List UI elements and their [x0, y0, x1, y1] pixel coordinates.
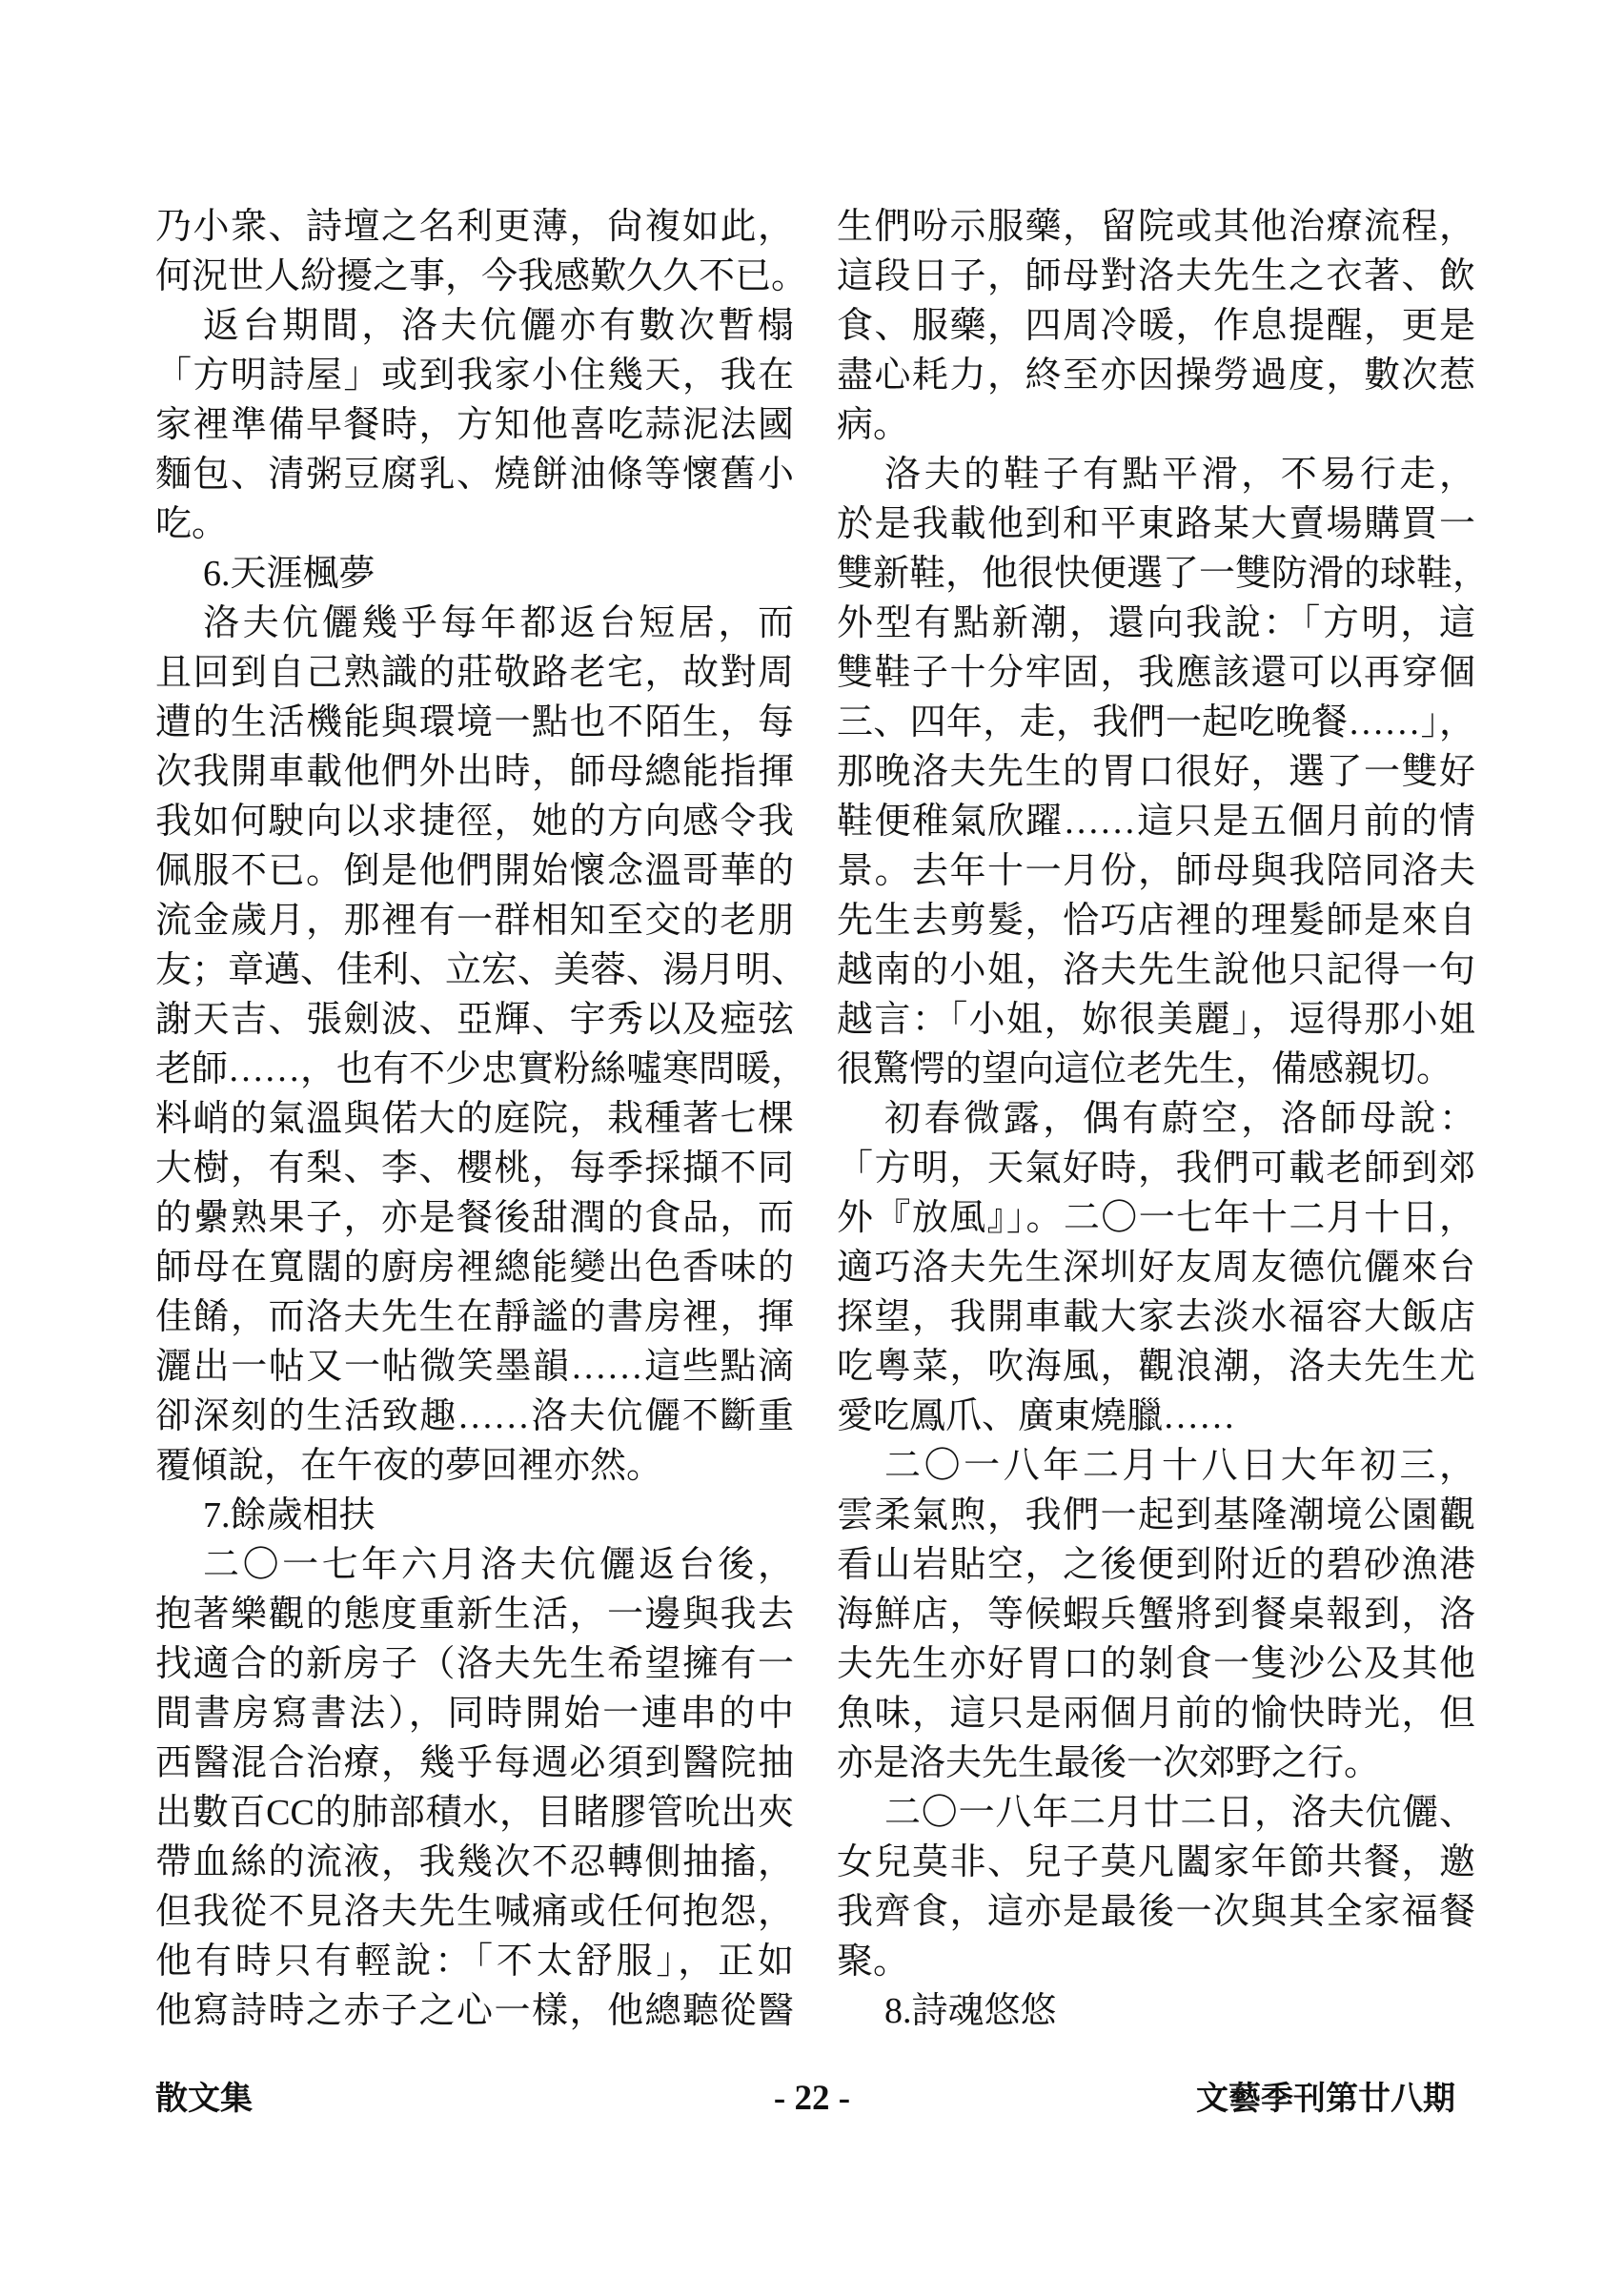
text-line: 覆傾說，在午夜的夢回裡亦然。: [155, 1441, 794, 1491]
text-line: 大樹，有梨、李、櫻桃，每季採擷不同: [155, 1144, 794, 1193]
text-line: 海鮮店，等候蝦兵蟹將到餐桌報到，洛: [837, 1590, 1475, 1639]
text-line: 雲柔氣煦，我們一起到基隆潮境公園觀: [837, 1491, 1475, 1540]
text-line: 他寫詩時之赤子之心一樣，他總聽從醫: [155, 1986, 794, 2036]
text-line: 但我從不見洛夫先生喊痛或任何抱怨，: [155, 1887, 794, 1937]
text-line: 雙鞋子十分牢固，我應該還可以再穿個: [837, 648, 1475, 698]
text-line: 很驚愕的望向這位老先生，備感親切。: [837, 1045, 1475, 1094]
text-line: 鞋便稚氣欣躍……這只是五個月前的情: [837, 797, 1475, 846]
text-line: 看山岩貼空，之後便到附近的碧砂漁港: [837, 1540, 1475, 1590]
text-line: 我如何駛向以求捷徑，她的方向感令我: [155, 797, 794, 846]
text-line: 這段日子，師母對洛夫先生之衣著、飲: [837, 252, 1475, 301]
page: 乃小衆、詩壇之名利更薄，尙複如此，何況世人紛擾之事，今我感歎久久不已。返台期間，…: [0, 0, 1624, 2277]
text-line: 麵包、清粥豆腐乳、燒餅油條等懷舊小: [155, 450, 794, 499]
text-line: 探望，我開車載大家去淡水福容大飯店: [837, 1292, 1475, 1342]
text-line: 外型有點新潮，還向我說：「方明，這: [837, 599, 1475, 648]
text-line: 愛吃鳳爪、廣東燒臘……: [837, 1392, 1475, 1441]
text-line: 間書房寫書法），同時開始一連串的中: [155, 1689, 794, 1738]
text-line: 料峭的氣溫與偌大的庭院，栽種著七棵: [155, 1094, 794, 1144]
text-line: 洛夫的鞋子有點平滑，不易行走，: [837, 450, 1475, 499]
text-line: 食、服藥，四周冷暖，作息提醒，更是: [837, 301, 1475, 351]
footer-journal-title: 文藝季刊第廿八期: [1196, 2076, 1455, 2122]
text-line: 返台期間，洛夫伉儷亦有數次暫榻: [155, 301, 794, 351]
text-line: 出數百CC的肺部積水，目睹膠管吮出夾: [155, 1788, 794, 1838]
text-line: 帶血絲的流液，我幾次不忍轉側抽搐，: [155, 1838, 794, 1887]
text-line: 且回到自己熟識的莊敬路老宅，故對周: [155, 648, 794, 698]
text-line: 二〇一八年二月十八日大年初三，: [837, 1441, 1475, 1491]
text-line: 卻深刻的生活致趣……洛夫伉儷不斷重: [155, 1392, 794, 1441]
text-line: 病。: [837, 400, 1475, 450]
text-line: 灑出一帖又一帖微笑墨韻……這些點滴: [155, 1342, 794, 1392]
text-line: 吃粵菜，吹海風，觀浪潮，洛夫先生尤: [837, 1342, 1475, 1392]
text-line: 聚。: [837, 1937, 1475, 1986]
text-line: 找適合的新房子（洛夫先生希望擁有一: [155, 1639, 794, 1689]
text-line: 於是我載他到和平東路某大賣場購買一: [837, 499, 1475, 549]
text-line: 魚味，這只是兩個月前的愉快時光，但: [837, 1689, 1475, 1738]
text-line: 流金歲月，那裡有一群相知至交的老朋: [155, 896, 794, 945]
text-line: 先生去剪髮，恰巧店裡的理髮師是來自: [837, 896, 1475, 945]
text-line: 二〇一七年六月洛夫伉儷返台後，: [155, 1540, 794, 1590]
page-footer: 散文集 - 22 - 文藝季刊第廿八期: [0, 2076, 1624, 2133]
text-line: 景。去年十一月份，師母與我陪同洛夫: [837, 846, 1475, 896]
text-line: 盡心耗力，終至亦因操勞過度，數次惹: [837, 351, 1475, 400]
section-heading: 7.餘歲相扶: [155, 1491, 794, 1540]
text-line: 洛夫伉儷幾乎每年都返台短居，而: [155, 599, 794, 648]
text-line: 「方明詩屋」或到我家小住幾天，我在: [155, 351, 794, 400]
text-line: 初春微露，偶有蔚空，洛師母說：: [837, 1094, 1475, 1144]
text-line: 謝天吉、張劍波、亞輝、宇秀以及瘂弦: [155, 995, 794, 1045]
text-line: 二〇一八年二月廿二日，洛夫伉儷、: [837, 1788, 1475, 1838]
text-line: 老師……，也有不少忠實粉絲噓寒問暖，: [155, 1045, 794, 1094]
text-line: 雙新鞋，他很快便選了一雙防滑的球鞋，: [837, 549, 1475, 599]
text-line: 西醫混合治療，幾乎每週必須到醫院抽: [155, 1738, 794, 1788]
text-line: 何況世人紛擾之事，今我感歎久久不已。: [155, 252, 794, 301]
text-line: 他有時只有輕說：「不太舒服」，正如: [155, 1937, 794, 1986]
text-line: 家裡準備早餐時，方知他喜吃蒜泥法國: [155, 400, 794, 450]
right-text-column: 生們吩示服藥，留院或其他治療流程，這段日子，師母對洛夫先生之衣著、飲食、服藥，四…: [837, 202, 1475, 2036]
text-line: 次我開車載他們外出時，師母總能指揮: [155, 747, 794, 797]
text-line: 的纍熟果子，亦是餐後甜潤的食品，而: [155, 1193, 794, 1243]
text-line: 抱著樂觀的態度重新生活，一邊與我去: [155, 1590, 794, 1639]
text-line: 越言：「小姐，妳很美麗」，逗得那小姐: [837, 995, 1475, 1045]
text-line: 夫先生亦好胃口的剝食一隻沙公及其他: [837, 1639, 1475, 1689]
text-line: 佩服不已。倒是他們開始懷念溫哥華的: [155, 846, 794, 896]
text-line: 佳餚，而洛夫先生在靜謐的書房裡，揮: [155, 1292, 794, 1342]
text-line: 「方明，天氣好時，我們可載老師到郊: [837, 1144, 1475, 1193]
left-text-column: 乃小衆、詩壇之名利更薄，尙複如此，何況世人紛擾之事，今我感歎久久不已。返台期間，…: [155, 202, 794, 2036]
text-line: 吃。: [155, 499, 794, 549]
text-line: 外『放風』」。二〇一七年十二月十日，: [837, 1193, 1475, 1243]
text-line: 師母在寬闊的廚房裡總能變出色香味的: [155, 1243, 794, 1292]
section-heading: 8.詩魂悠悠: [837, 1986, 1475, 2036]
text-line: 那晚洛夫先生的胃口很好，選了一雙好: [837, 747, 1475, 797]
text-line: 遭的生活機能與環境一點也不陌生，每: [155, 698, 794, 747]
text-line: 生們吩示服藥，留院或其他治療流程，: [837, 202, 1475, 252]
text-line: 越南的小姐，洛夫先生說他只記得一句: [837, 945, 1475, 995]
text-line: 乃小衆、詩壇之名利更薄，尙複如此，: [155, 202, 794, 252]
text-line: 三、四年，走，我們一起吃晚餐……」，: [837, 698, 1475, 747]
text-line: 我齊食，這亦是最後一次與其全家福餐: [837, 1887, 1475, 1937]
text-line: 友；章邁、佳利、立宏、美蓉、湯月明、: [155, 945, 794, 995]
text-line: 適巧洛夫先生深圳好友周友德伉儷來台: [837, 1243, 1475, 1292]
text-line: 女兒莫非、兒子莫凡闔家年節共餐，邀: [837, 1838, 1475, 1887]
section-heading: 6.天涯楓夢: [155, 549, 794, 599]
text-line: 亦是洛夫先生最後一次郊野之行。: [837, 1738, 1475, 1788]
